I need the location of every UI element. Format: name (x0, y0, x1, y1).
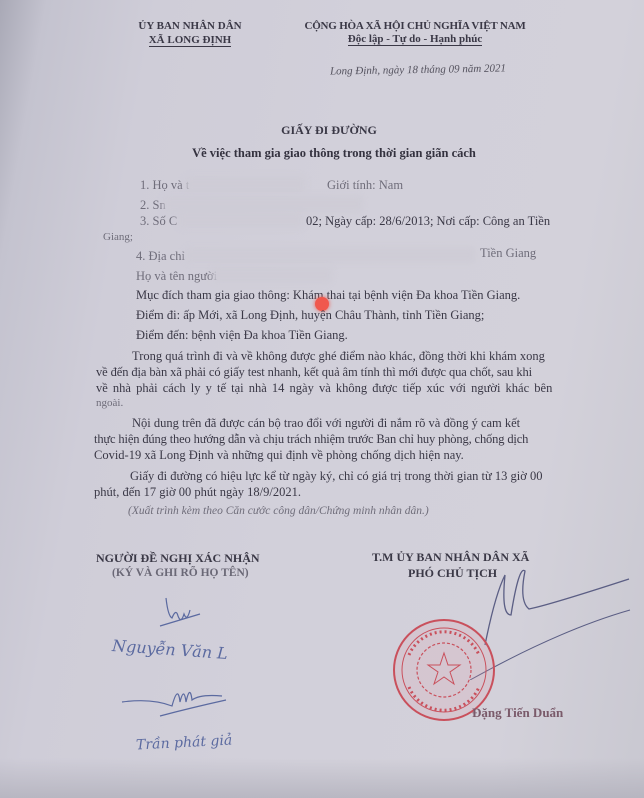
official-name: Đặng Tiến Duẩn (472, 705, 563, 721)
field-companion-label: Họ và tên người (136, 269, 217, 284)
redaction (212, 267, 332, 283)
handwritten-mark (120, 672, 230, 722)
paragraph-3-line-1: Giấy đi đường có hiệu lực kể từ ngày ký,… (130, 469, 542, 484)
field-id-label: 3. Số C (140, 214, 177, 229)
paragraph-1-line-1: Trong quá trình đi và về không được ghé … (132, 349, 545, 364)
paragraph-1-line-2: về đến địa bàn xã phải có giấy test nhan… (96, 365, 532, 380)
redaction (163, 196, 363, 212)
field-address-label: 4. Địa chỉ (136, 249, 185, 264)
issuer-name: XÃ LONG ĐỊNH (149, 34, 232, 47)
issuer-line-1: ỦY BAN NHÂN DÂN (130, 20, 250, 32)
place-date: Long Định, ngày 18 tháng 09 năm 2021 (330, 62, 506, 77)
id-note: (Xuất trình kèm theo Căn cước công dân/C… (128, 505, 429, 517)
field-address-value: Tiền Giang (480, 246, 536, 261)
paragraph-3-line-2: phút, đến 17 giờ 00 phút ngày 18/9/2021. (94, 485, 301, 500)
requester-title: NGƯỜI ĐỀ NGHỊ XÁC NHẬN (96, 551, 260, 566)
national-header: CỘNG HÒA XÃ HỘI CHỦ NGHĨA VIỆT NAM (296, 20, 534, 32)
field-origin: Điểm đi: ấp Mới, xã Long Định, huyện Châ… (136, 308, 484, 323)
paragraph-1-line-4: ngoài. (96, 397, 123, 409)
paragraph-2-line-1: Nội dung trên đã được cán bộ trao đổi vớ… (132, 416, 520, 431)
field-id-cont: Giang; (103, 231, 133, 243)
field-id-value: 02; Ngày cấp: 28/6/2013; Nơi cấp: Công a… (306, 214, 550, 229)
document-page: ỦY BAN NHÂN DÂN XÃ LONG ĐỊNH CỘNG HÒA XÃ… (0, 0, 644, 798)
issuer-line-2: XÃ LONG ĐỊNH (130, 34, 250, 46)
paragraph-2-line-2: thực hiện đúng theo hướng dẫn và chịu tr… (94, 432, 528, 447)
paragraph-1-line-3: về nhà phải cách ly y tế tại nhà 14 ngày… (96, 381, 552, 396)
redaction (178, 212, 303, 228)
field-dob-label: 2. Sn (140, 198, 166, 213)
photo-shadow (0, 758, 644, 798)
field-gender: Giới tính: Nam (327, 178, 403, 193)
requester-instruction: (KÝ VÀ GHI RÕ HỌ TÊN) (112, 567, 249, 579)
field-destination: Điểm đến: bệnh viện Đa khoa Tiền Giang. (136, 328, 348, 343)
national-motto: Độc lập - Tự do - Hạnh phúc (296, 33, 534, 45)
document-subtitle: Về việc tham gia giao thông trong thời g… (0, 146, 644, 161)
paragraph-2-line-3: Covid-19 xã Long Định và những qui định … (94, 448, 464, 463)
field-name-label: 1. Họ và t (140, 178, 189, 193)
motto-text: Độc lập - Tự do - Hạnh phúc (348, 33, 482, 46)
redaction (185, 176, 305, 192)
document-title: GIẤY ĐI ĐƯỜNG (0, 123, 644, 138)
redaction (185, 247, 475, 263)
